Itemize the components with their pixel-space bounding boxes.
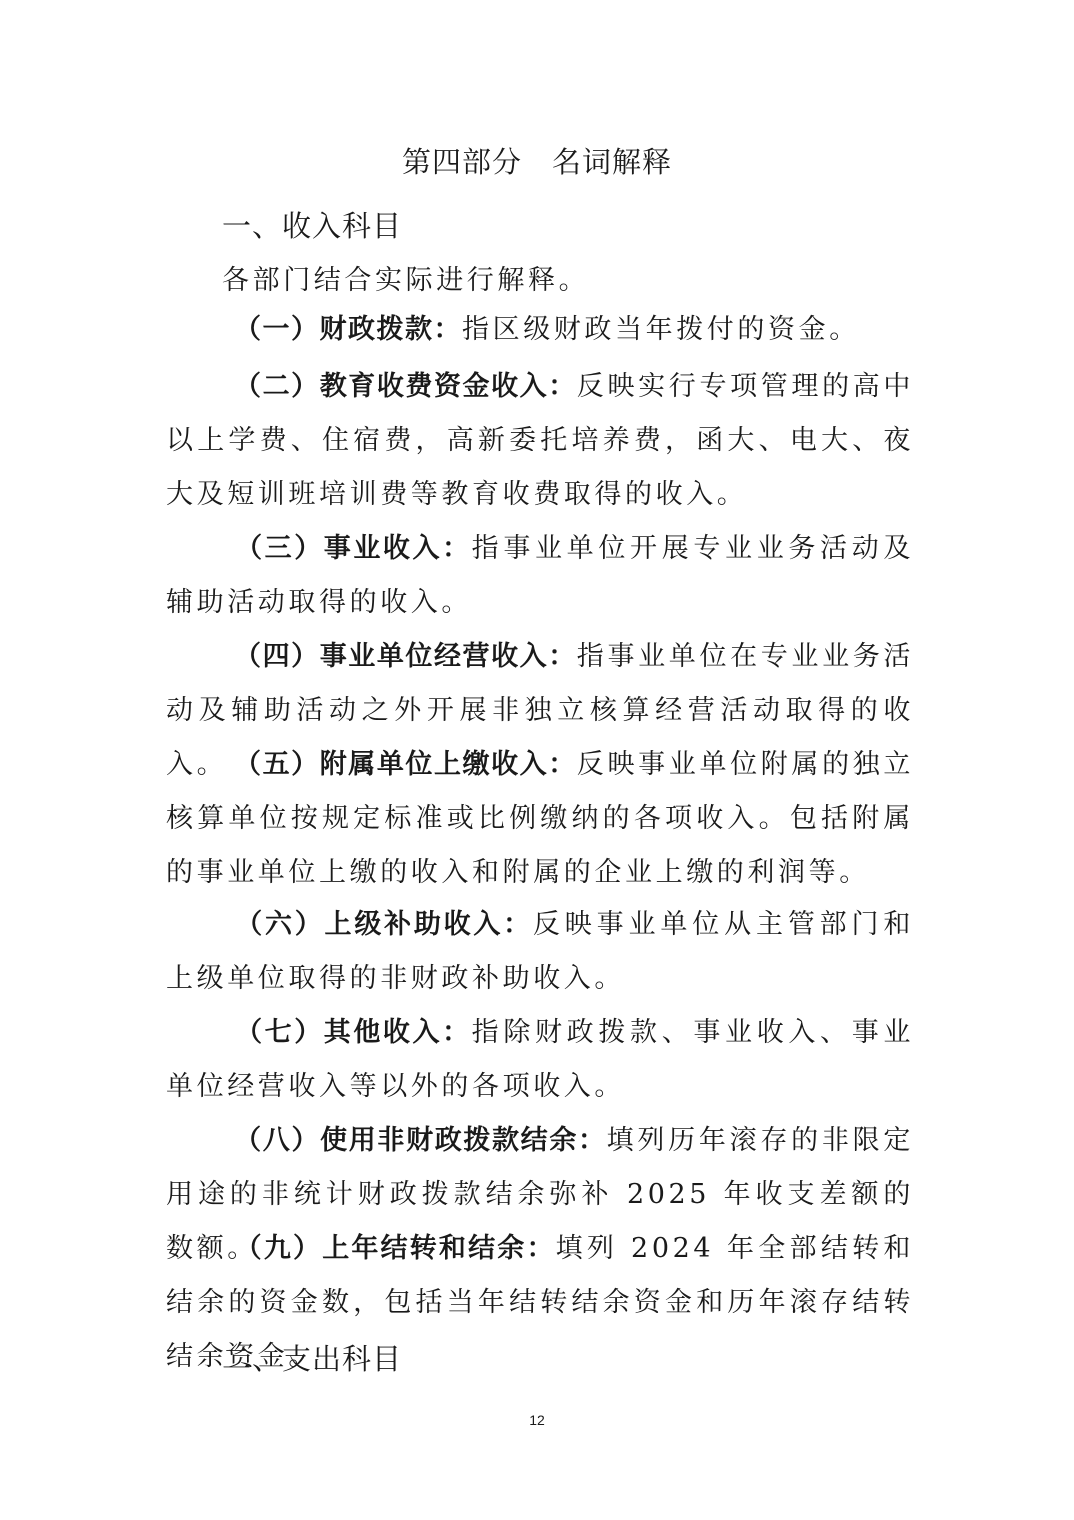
- section-heading-income: 一、收入科目: [222, 204, 402, 245]
- definition-item: （六）上级补助收入：反映事业单位从主管部门和上级单位取得的非财政补助收入。: [166, 898, 914, 1006]
- definition-item: （七）其他收入：指除财政拨款、事业收入、事业单位经营收入等以外的各项收入。: [166, 1006, 914, 1114]
- definition-term: （四）事业单位经营收入：: [234, 641, 577, 672]
- definition-term: （八）使用非财政拨款结余：: [234, 1125, 607, 1156]
- definition-term: （九）上年结转和结余：: [234, 1233, 556, 1264]
- definition-term: （六）上级补助收入：: [234, 909, 533, 940]
- definition-item: （二）教育收费资金收入：反映实行专项管理的高中以上学费、住宿费，高新委托培养费，…: [166, 360, 914, 522]
- definition-term: （七）其他收入：: [234, 1017, 472, 1048]
- title-part: 第四部分: [402, 145, 522, 179]
- document-page: 第四部分名词解释 一、收入科目 各部门结合实际进行解释。 （一）财政拨款：指区级…: [0, 0, 1074, 1520]
- definition-term: （二）教育收费资金收入：: [234, 371, 577, 402]
- title-name: 名词解释: [552, 145, 672, 179]
- definition-item: （三）事业收入：指事业单位开展专业业务活动及辅助活动取得的收入。: [166, 522, 914, 630]
- page-title: 第四部分名词解释: [0, 140, 1074, 181]
- definition-text: 指区级财政当年拨付的资金。: [462, 314, 860, 345]
- definition-term: （五）附属单位上缴收入：: [234, 749, 577, 780]
- definition-term: （三）事业收入：: [234, 533, 472, 564]
- definition-item: （五）附属单位上缴收入：反映事业单位附属的独立核算单位按规定标准或比例缴纳的各项…: [166, 738, 914, 900]
- page-number: 12: [0, 1412, 1074, 1428]
- section-heading-expenditure: 二、支出科目: [222, 1337, 402, 1378]
- definition-term: （一）财政拨款：: [234, 314, 462, 345]
- definition-item: （一）财政拨款：指区级财政当年拨付的资金。: [166, 303, 914, 357]
- section-intro: 各部门结合实际进行解释。: [222, 258, 589, 297]
